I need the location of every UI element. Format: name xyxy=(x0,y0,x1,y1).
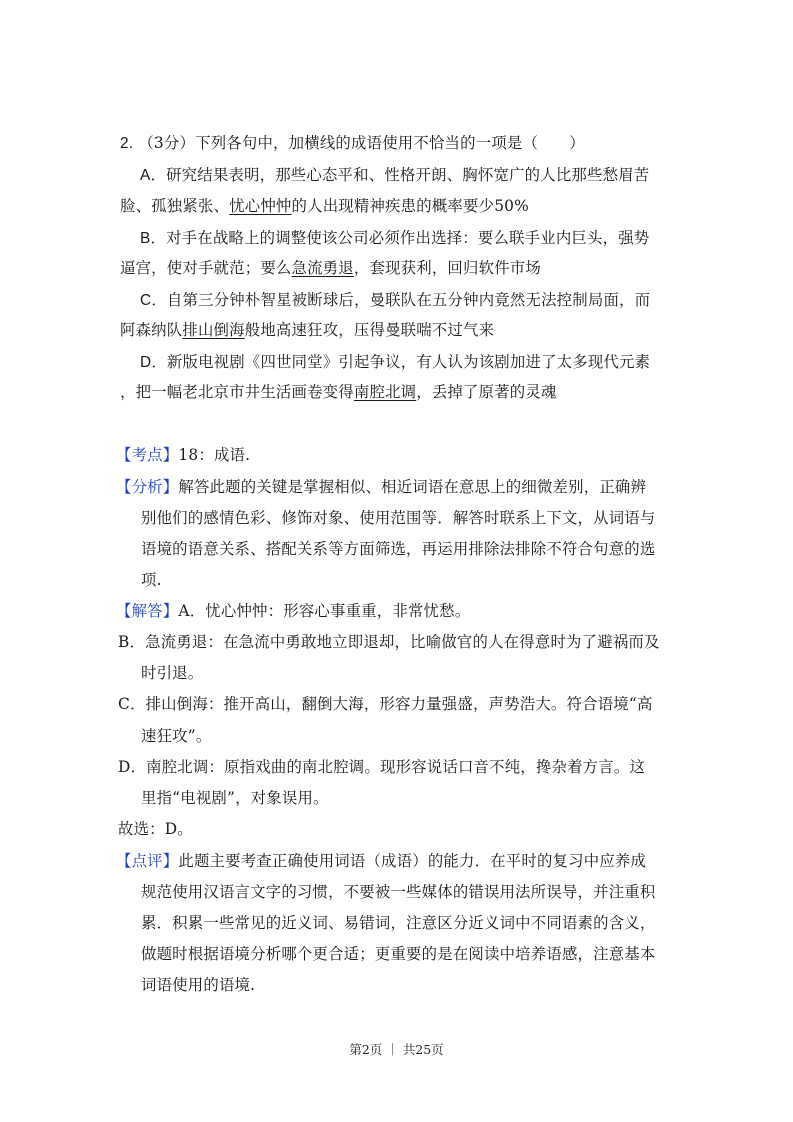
dianping-line5: 词语使用的语境. xyxy=(141,975,255,995)
fenxi-line3: 语境的语意关系、搭配关系等方面筛选，再运用排除法排除不符合句意的选 xyxy=(141,539,656,559)
dianping-line3: 累．积累一些常见的近义词、易错词，注意区分近义词中不同语素的含义， xyxy=(141,913,656,933)
option-a-line1: A．研究结果表明，那些心态平和、性格开朗、胸怀宽广的人比那些愁眉苦 xyxy=(140,165,649,186)
jieda-line4: C．排山倒海：推开高山，翻倒大海，形容力量强盛，声势浩大。符合语境“高 xyxy=(118,694,653,714)
option-text: 对手在战略上的调整使该公司必须作出选择：要么联手业内巨头，强势 xyxy=(166,229,649,247)
option-text: ，丢掉了原著的灵魂 xyxy=(416,383,556,401)
underlined-idiom: 忧心忡忡 xyxy=(229,197,291,215)
jieda-line3: 时引退。 xyxy=(141,663,203,683)
fenxi-line1: 【分析】解答此题的关键是掌握相似、相近词语在意思上的细微差别，正确辨 xyxy=(116,477,646,497)
jieda-line7: 里指“电视剧”，对象误用。 xyxy=(141,788,329,808)
jieda-line5: 速狂攻”。 xyxy=(141,726,211,746)
underlined-idiom: 南腔北调 xyxy=(354,383,416,401)
question-number: 2. xyxy=(120,135,133,152)
jieda-line2: B．急流勇退：在急流中勇敢地立即退却，比喻做官的人在得意时为了避祸而及 xyxy=(118,632,660,652)
option-letter: C． xyxy=(140,292,167,309)
question-text: （3分）下列各句中，加横线的成语使用不恰当的一项是（ ） xyxy=(138,134,585,152)
option-text: 自第三分钟朴智星被断球后，曼联队在五分钟内竟然无法控制局面，而 xyxy=(167,291,650,309)
option-text: 新版电视剧《四世同堂》引起争议，有人认为该剧加进了太多现代元素 xyxy=(167,353,650,371)
jieda-label: 【解答】 xyxy=(116,602,178,620)
dianping-line1: 【点评】此题主要考查正确使用词语（成语）的能力．在平时的复习中应养成 xyxy=(116,851,646,871)
dianping-line2: 规范使用汉语言文字的习惯，不要被一些媒体的错误用法所误导，并注重积 xyxy=(141,882,656,902)
jieda-answer: 故选：D。 xyxy=(118,819,193,839)
option-b-line1: B．对手在战略上的调整使该公司必须作出选择：要么联手业内巨头，强势 xyxy=(140,228,649,249)
jieda-line6: D．南腔北调：原指戏曲的南北腔调。现形容说话口音不纯，搀杂着方言。这 xyxy=(118,757,645,777)
underlined-idiom: 急流勇退 xyxy=(292,259,354,277)
kaodian-text: 18：成语. xyxy=(178,446,250,464)
fenxi-line4: 项. xyxy=(141,570,162,590)
fenxi-label: 【分析】 xyxy=(116,478,178,496)
option-d-line1: D．新版电视剧《四世同堂》引起争议，有人认为该剧加进了太多现代元素 xyxy=(140,352,650,373)
page-footer: 第2页 ｜ 共25页 xyxy=(0,1040,793,1058)
option-letter: A． xyxy=(140,167,166,184)
fenxi-line2: 别他们的感情色彩、修饰对象、使用范围等．解答时联系上下文，从词语与 xyxy=(141,508,656,528)
dianping-text: 此题主要考查正确使用词语（成语）的能力．在平时的复习中应养成 xyxy=(178,852,646,870)
option-text: 逼宫，使对手就范；要么 xyxy=(120,259,292,277)
option-b-line2: 逼宫，使对手就范；要么急流勇退，套现获利，回归软件市场 xyxy=(120,258,541,278)
option-text: 般地高速狂攻，压得曼联喘不过气来 xyxy=(245,321,494,339)
option-a-line2: 脸、孤独紧张、忧心忡忡的人出现精神疾患的概率要少50% xyxy=(120,196,529,216)
option-text: 的人出现精神疾患的概率要少50% xyxy=(292,197,530,215)
option-text: 研究结果表明，那些心态平和、性格开朗、胸怀宽广的人比那些愁眉苦 xyxy=(166,166,649,184)
option-text: ，套现获利，回归软件市场 xyxy=(354,259,541,277)
dianping-line4: 做题时根据语境分析哪个更合适；更重要的是在阅读中培养语感，注意基本 xyxy=(141,944,656,964)
jieda-text: A．忧心忡忡：形容心事重重，非常忧愁。 xyxy=(178,602,470,620)
option-c-line2: 阿森纳队排山倒海般地高速狂攻，压得曼联喘不过气来 xyxy=(120,320,494,340)
option-d-line2: ，把一幅老北京市井生活画卷变得南腔北调，丢掉了原著的灵魂 xyxy=(120,382,557,402)
jieda-line1: 【解答】A．忧心忡忡：形容心事重重，非常忧愁。 xyxy=(116,601,470,621)
fenxi-text: 解答此题的关键是掌握相似、相近词语在意思上的细微差别，正确辨 xyxy=(178,478,646,496)
question-stem: 2. （3分）下列各句中，加横线的成语使用不恰当的一项是（ ） xyxy=(120,133,585,154)
underlined-idiom: 排山倒海 xyxy=(182,321,244,339)
kaodian-section: 【考点】18：成语. xyxy=(116,445,250,465)
option-text: 阿森纳队 xyxy=(120,321,182,339)
option-text: ，把一幅老北京市井生活画卷变得 xyxy=(120,383,354,401)
kaodian-label: 【考点】 xyxy=(116,446,178,464)
option-letter: D． xyxy=(140,354,167,371)
dianping-label: 【点评】 xyxy=(116,852,178,870)
option-letter: B． xyxy=(140,230,166,247)
option-c-line1: C．自第三分钟朴智星被断球后，曼联队在五分钟内竟然无法控制局面，而 xyxy=(140,290,650,311)
option-text: 脸、孤独紧张、 xyxy=(120,197,229,215)
